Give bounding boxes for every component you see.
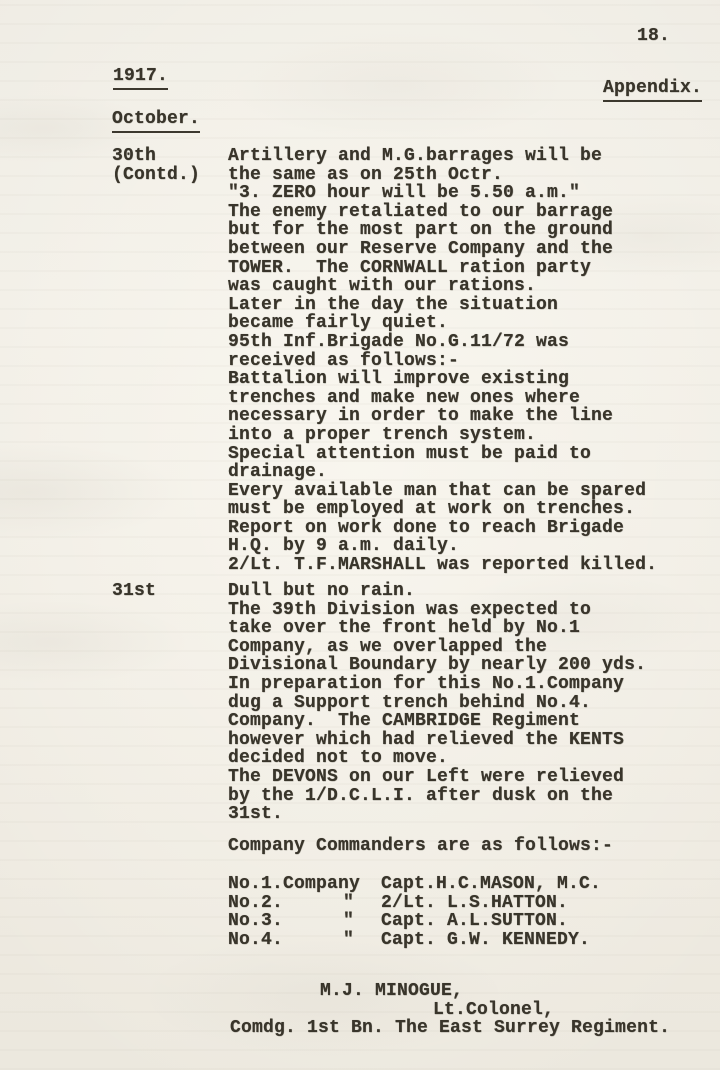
diary-line: trenches and make new ones where: [228, 389, 657, 408]
ditto-mark: ": [343, 912, 354, 931]
month-heading: October.: [112, 110, 200, 133]
diary-line: necessary in order to make the line: [228, 407, 657, 426]
diary-line: In preparation for this No.1.Company: [228, 675, 646, 694]
diary-line: "3. ZERO hour will be 5.50 a.m.": [228, 184, 657, 203]
diary-line: Dull but no rain.: [228, 582, 646, 601]
commanders-table: No.1.Company Capt.H.C.MASON, M.C. No.2. …: [228, 875, 688, 949]
diary-line: received as follows:-: [228, 352, 657, 371]
diary-line: The DEVONS on our Left were relieved: [228, 768, 646, 787]
diary-line: drainage.: [228, 463, 657, 482]
year-heading: 1917.: [113, 67, 168, 90]
diary-line: between our Reserve Company and the: [228, 240, 657, 259]
diary-line: Every available man that can be spared: [228, 482, 657, 501]
diary-line: The 39th Division was expected to: [228, 601, 646, 620]
diary-line: take over the front held by No.1: [228, 619, 646, 638]
diary-line: Report on work done to reach Brigade: [228, 519, 657, 538]
diary-line: Company, as we overlapped the: [228, 638, 646, 657]
commander-row: No.1.Company Capt.H.C.MASON, M.C.: [228, 875, 688, 894]
diary-line: 31st.: [228, 805, 646, 824]
diary-line: the same as on 25th Octr.: [228, 166, 657, 185]
diary-line: dug a Support trench behind No.4.: [228, 694, 646, 713]
commanders-intro: Company Commanders are as follows:-: [228, 837, 613, 856]
diary-line: Later in the day the situation: [228, 296, 657, 315]
commander-row: No.2. " 2/Lt. L.S.HATTON.: [228, 894, 688, 913]
appendix-heading: Appendix.: [603, 79, 702, 102]
diary-line: The enemy retaliated to our barrage: [228, 203, 657, 222]
commander-company: No.3.: [228, 912, 283, 931]
diary-line: but for the most part on the ground: [228, 221, 657, 240]
signature-command: Comdg. 1st Bn. The East Surrey Regiment.: [230, 1019, 670, 1038]
commander-row: No.3. " Capt. A.L.SUTTON.: [228, 912, 688, 931]
diary-line: Divisional Boundary by nearly 200 yds.: [228, 656, 646, 675]
commander-row: No.4. " Capt. G.W. KENNEDY.: [228, 931, 688, 950]
diary-line: 95th Inf.Brigade No.G.11/72 was: [228, 333, 657, 352]
diary-line: into a proper trench system.: [228, 426, 657, 445]
commander-company: No.1.Company: [228, 875, 360, 894]
entry-date-line: (Contd.): [112, 166, 200, 185]
diary-line: became fairly quiet.: [228, 314, 657, 333]
commander-name: Capt.H.C.MASON, M.C.: [381, 875, 601, 894]
entry-date-line: 31st: [112, 582, 156, 601]
diary-line: Company. The CAMBRIDGE Regiment: [228, 712, 646, 731]
commander-name: Capt. G.W. KENNEDY.: [381, 931, 590, 950]
diary-line: however which had relieved the KENTS: [228, 731, 646, 750]
page-number: 18.: [637, 27, 670, 46]
diary-line: H.Q. by 9 a.m. daily.: [228, 537, 657, 556]
signature-rank: Lt.Colonel,: [433, 1001, 554, 1020]
entry-date: 31st: [112, 582, 156, 601]
ditto-mark: ": [343, 894, 354, 913]
signature-name: M.J. MINOGUE,: [320, 982, 463, 1001]
diary-line: was caught with our rations.: [228, 277, 657, 296]
ditto-mark: ": [343, 931, 354, 950]
diary-line: Special attention must be paid to: [228, 445, 657, 464]
diary-line: Battalion will improve existing: [228, 370, 657, 389]
entry-body: Artillery and M.G.barrages will be the s…: [228, 147, 657, 575]
diary-line: TOWER. The CORNWALL ration party: [228, 259, 657, 278]
entry-date: 30th (Contd.): [112, 147, 200, 184]
commander-company: No.4.: [228, 931, 283, 950]
entry-body: Dull but no rain. The 39th Division was …: [228, 582, 646, 824]
diary-line: must be employed at work on trenches.: [228, 500, 657, 519]
commander-company: No.2.: [228, 894, 283, 913]
commander-name: 2/Lt. L.S.HATTON.: [381, 894, 568, 913]
diary-line: by the 1/D.C.L.I. after dusk on the: [228, 787, 646, 806]
diary-line: Artillery and M.G.barrages will be: [228, 147, 657, 166]
diary-line: decided not to move.: [228, 749, 646, 768]
entry-date-line: 30th: [112, 147, 200, 166]
diary-line: 2/Lt. T.F.MARSHALL was reported killed.: [228, 556, 657, 575]
diary-page: 18. 1917. Appendix. October. 30th (Contd…: [0, 0, 720, 1070]
commander-name: Capt. A.L.SUTTON.: [381, 912, 568, 931]
